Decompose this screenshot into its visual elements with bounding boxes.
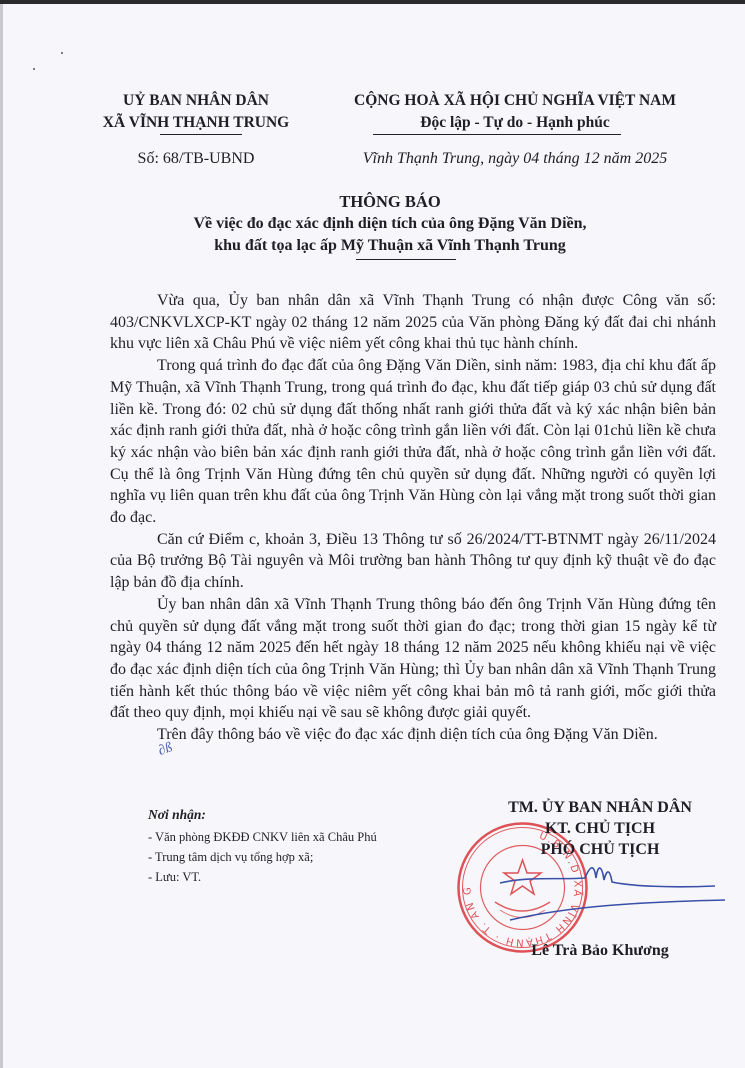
issuer-line-1: UỶ BAN NHÂN DÂN	[96, 90, 296, 112]
country-name: CỘNG HOÀ XÃ HỘI CHỦ NGHĨA VIỆT NAM	[330, 90, 700, 112]
paragraph-1: Vừa qua, Ủy ban nhân dân xã Vĩnh Thạnh T…	[110, 290, 716, 355]
signatory-line-2: KT. CHỦ TỊCH	[470, 818, 730, 839]
title-underline	[356, 259, 456, 260]
closing-text: Trên đây thông báo về việc đo đạc xác đị…	[157, 726, 658, 743]
recipient-item: - Trung tâm dịch vụ tổng hợp xã;	[148, 847, 448, 867]
signatory-block: TM. ỦY BAN NHÂN DÂN KT. CHỦ TỊCH PHÓ CHỦ…	[470, 797, 730, 860]
motto-underline	[373, 134, 621, 135]
recipient-item: - Văn phòng ĐKĐĐ CNKV liên xã Châu Phú	[148, 827, 448, 847]
motto: Độc lập - Tự do - Hạnh phúc	[330, 112, 700, 134]
signatory-line-1: TM. ỦY BAN NHÂN DÂN	[470, 797, 730, 818]
signer-name: Lê Trà Bảo Khương	[470, 942, 730, 960]
issuer-line-2: XÃ VĨNH THẠNH TRUNG	[96, 112, 296, 134]
paragraph-3: Căn cứ Điểm c, khoản 3, Điều 13 Thông tư…	[110, 529, 716, 594]
issuer-underline	[160, 134, 242, 135]
document-body: Vừa qua, Ủy ban nhân dân xã Vĩnh Thạnh T…	[110, 290, 716, 768]
paragraph-4: Ủy ban nhân dân xã Vĩnh Thạnh Trung thôn…	[110, 594, 716, 724]
signatory-line-3: PHÓ CHỦ TỊCH	[470, 839, 730, 860]
title-sub-1: Về việc đo đạc xác định diện tích của ôn…	[100, 213, 680, 235]
document-page: UỶ BAN NHÂN DÂN XÃ VĨNH THẠNH TRUNG CỘNG…	[0, 0, 745, 1068]
national-motto-block: CỘNG HOÀ XÃ HỘI CHỦ NGHĨA VIỆT NAM Độc l…	[330, 90, 700, 134]
title-main: THÔNG BÁO	[100, 191, 680, 213]
closing-paragraph: Trên đây thông báo về việc đo đạc xác đị…	[110, 724, 716, 768]
handwritten-signature-icon	[490, 858, 730, 928]
paragraph-2: Trong quá trình đo đạc đất của ông Đặng …	[110, 355, 716, 529]
recipients-block: Nơi nhận: - Văn phòng ĐKĐĐ CNKV liên xã …	[148, 805, 448, 887]
place-date: Vĩnh Thạnh Trung, ngày 04 tháng 12 năm 2…	[330, 150, 700, 168]
document-number: Số: 68/TB-UBND	[96, 150, 296, 168]
initials-mark-icon: ∂ß	[111, 737, 176, 778]
document-title: THÔNG BÁO Về việc đo đạc xác định diện t…	[100, 191, 680, 257]
issuer-block: UỶ BAN NHÂN DÂN XÃ VĨNH THẠNH TRUNG	[96, 90, 296, 134]
title-sub-2: khu đất tọa lạc ấp Mỹ Thuận xã Vĩnh Thạn…	[100, 235, 680, 257]
recipient-item: - Lưu: VT.	[148, 867, 448, 887]
recipients-label: Nơi nhận:	[148, 805, 448, 825]
